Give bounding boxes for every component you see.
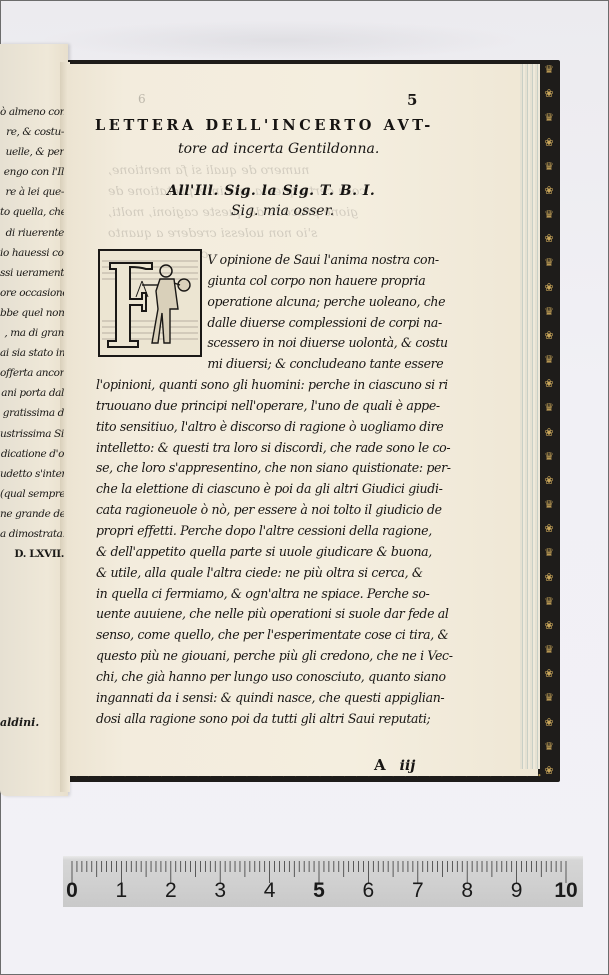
gilt-crown-icon: ♛ bbox=[544, 644, 554, 655]
left-page-line: (qual sempre bbox=[0, 484, 64, 504]
body-line: cata ragioneuole ò nò, per essere à noi … bbox=[96, 500, 534, 521]
body-line: giunta col corpo non hauere propria bbox=[96, 271, 533, 292]
showthrough-line: numero de quali si fa mentione, bbox=[108, 162, 309, 177]
ruler-label: 3 bbox=[214, 879, 226, 903]
left-page-line: udetto s'inten bbox=[0, 464, 64, 484]
shadow bbox=[40, 20, 520, 60]
ruler-label: 7 bbox=[412, 879, 424, 903]
ruler-label: 6 bbox=[363, 879, 375, 903]
left-page-line: offerta ancor bbox=[0, 363, 64, 383]
left-page-text: ò almeno conre, & costu-uelle, & perengo… bbox=[0, 102, 64, 564]
signature-mark: Aiij bbox=[374, 756, 415, 774]
scale-ruler: 012345678910 bbox=[63, 856, 583, 907]
gilt-flower-icon: ❀ bbox=[544, 137, 553, 148]
gilt-crown-icon: ♛ bbox=[544, 741, 554, 752]
body-line: truouano due principi nell'operare, l'un… bbox=[96, 396, 534, 417]
left-page-line: , ma di gran bbox=[0, 323, 64, 343]
left-page-line: ò almeno con bbox=[0, 102, 64, 122]
dedication-line-1: All'Ill. Sig. la Sig. T. B. I. bbox=[167, 183, 375, 199]
gilt-crown-icon: ♛ bbox=[544, 499, 554, 510]
left-page-line: dicatione d'o bbox=[0, 444, 64, 464]
body-line: questo più ne giouani, perche più gli cr… bbox=[96, 646, 534, 667]
ruler-label: 0 bbox=[66, 879, 78, 903]
left-page-line: uelle, & per bbox=[0, 142, 64, 162]
body-line: mi diuersi; & concludeano tante essere bbox=[96, 354, 533, 375]
gilt-flower-icon: ❀ bbox=[544, 427, 553, 438]
gilt-crown-icon: ♛ bbox=[544, 257, 554, 268]
gilt-flower-icon: ❀ bbox=[544, 765, 553, 776]
body-line: senso, come quello, che per l'esperiment… bbox=[96, 625, 534, 646]
gilt-crown-icon: ♛ bbox=[544, 64, 554, 75]
body-line: & dell'appetito quella parte si uuole gi… bbox=[96, 542, 534, 563]
left-page-line: ani porta dal bbox=[0, 383, 64, 403]
gilt-flower-icon: ❀ bbox=[544, 475, 553, 486]
left-page-line: di riuerente bbox=[0, 223, 64, 243]
gilt-flower-icon: ❀ bbox=[544, 717, 553, 728]
dedication-line-2: Sig. mia osser. bbox=[231, 203, 334, 219]
left-page-line: ne grande del bbox=[0, 504, 64, 524]
body-line: tito sensitiuo, l'altro è discorso di ra… bbox=[96, 417, 534, 438]
left-page-line: re, & costu- bbox=[0, 122, 64, 142]
left-page-line: D. LXVII. bbox=[0, 544, 64, 564]
gilt-crown-icon: ♛ bbox=[544, 692, 554, 703]
left-page-line: ai sia stato in bbox=[0, 343, 64, 363]
gilt-flower-icon: ❀ bbox=[544, 88, 553, 99]
body-line: dalle diuerse complessioni de corpi na- bbox=[96, 313, 533, 334]
signature-letter: A bbox=[374, 756, 386, 774]
gilt-crown-icon: ♛ bbox=[544, 451, 554, 462]
signature-number: iij bbox=[400, 758, 416, 774]
left-page-signature: aldini. bbox=[0, 716, 40, 729]
left-page-line: a dimostrata. bbox=[0, 524, 64, 544]
gilt-flower-icon: ❀ bbox=[544, 620, 553, 631]
ruler-label: 9 bbox=[511, 879, 523, 903]
body-text: V opinione de Saui l'anima nostra con-gi… bbox=[96, 250, 536, 729]
gilt-crown-icon: ♛ bbox=[544, 402, 554, 413]
body-line: chi, che già hanno per lungo uso conosci… bbox=[96, 667, 534, 688]
left-page-line: re à lei que- bbox=[0, 182, 64, 202]
body-line: se, che loro s'appresentino, che non sia… bbox=[96, 458, 534, 479]
ruler-label: 10 bbox=[554, 879, 577, 903]
left-page-line: io hauessi co- bbox=[0, 243, 64, 263]
body-line: propri effetti. Perche dopo l'altre cess… bbox=[96, 521, 534, 542]
gilt-tooling-right: ♛❀♛❀♛❀♛❀♛❀♛❀♛❀♛❀♛❀♛❀♛❀♛❀♛❀♛❀♛❀ bbox=[541, 64, 557, 776]
left-page-line: gratissima d bbox=[0, 403, 64, 423]
left-page-line: to quella, che bbox=[0, 202, 64, 222]
folio-number: 5 bbox=[407, 91, 417, 109]
gilt-crown-icon: ♛ bbox=[544, 209, 554, 220]
left-page-line: bbe quel non bbox=[0, 303, 64, 323]
gilt-flower-icon: ❀ bbox=[544, 233, 553, 244]
gilt-crown-icon: ♛ bbox=[544, 354, 554, 365]
body-line: l'opinioni, quanti sono gli huomini: per… bbox=[96, 375, 534, 396]
gilt-crown-icon: ♛ bbox=[544, 547, 554, 558]
ghost-folio: 6 bbox=[138, 92, 146, 106]
gilt-crown-icon: ♛ bbox=[544, 596, 554, 607]
body-line: che la elettione di ciascuno è poi da gl… bbox=[96, 479, 534, 500]
gilt-flower-icon: ❀ bbox=[544, 378, 553, 389]
ruler-label: 4 bbox=[264, 879, 276, 903]
left-page-line: ssi ueramente bbox=[0, 263, 64, 283]
body-line: uente auuiene, che nelle più operationi … bbox=[96, 604, 534, 625]
gilt-crown-icon: ♛ bbox=[544, 161, 554, 172]
letter-title-line-2: tore ad incerta Gentildonna. bbox=[178, 141, 379, 157]
gilt-crown-icon: ♛ bbox=[544, 112, 554, 123]
gilt-flower-icon: ❀ bbox=[544, 523, 553, 534]
body-line: operatione alcuna; perche uoleano, che bbox=[96, 292, 533, 313]
gilt-crown-icon: ♛ bbox=[544, 306, 554, 317]
gilt-flower-icon: ❀ bbox=[544, 330, 553, 341]
ruler-label: 5 bbox=[313, 879, 325, 903]
showthrough-line: s'io non uolessi credere a quanto bbox=[108, 225, 317, 240]
body-line: scessero in noi diuerse uolontà, & costu bbox=[96, 333, 533, 354]
left-page-line: ore occasione bbox=[0, 283, 64, 303]
letter-title-line-1: LETTERA DELL'INCERTO AVT- bbox=[95, 117, 540, 134]
gilt-flower-icon: ❀ bbox=[544, 572, 553, 583]
left-page-line: ustrissima Si- bbox=[0, 424, 64, 444]
ruler-labels: 012345678910 bbox=[63, 879, 583, 903]
gilt-flower-icon: ❀ bbox=[544, 668, 553, 679]
ruler-label: 1 bbox=[116, 879, 128, 903]
body-line: intelletto: & questi tra loro si discord… bbox=[96, 438, 534, 459]
body-line: ingannati da i sensi: & quindi nasce, ch… bbox=[96, 688, 534, 709]
body-line: dosi alla ragione sono poi da tutti gli … bbox=[96, 709, 534, 730]
ruler-label: 2 bbox=[165, 879, 177, 903]
body-line: & utile, alla quale l'altra ciede: ne pi… bbox=[96, 563, 534, 584]
body-line: in quella ci fermiamo, & ogn'altra ne sp… bbox=[96, 584, 534, 605]
ruler-label: 8 bbox=[461, 879, 473, 903]
body-line: V opinione de Saui l'anima nostra con- bbox=[96, 250, 533, 271]
gilt-flower-icon: ❀ bbox=[544, 282, 553, 293]
left-page-line: engo con l'Il bbox=[0, 162, 64, 182]
gilt-flower-icon: ❀ bbox=[544, 185, 553, 196]
